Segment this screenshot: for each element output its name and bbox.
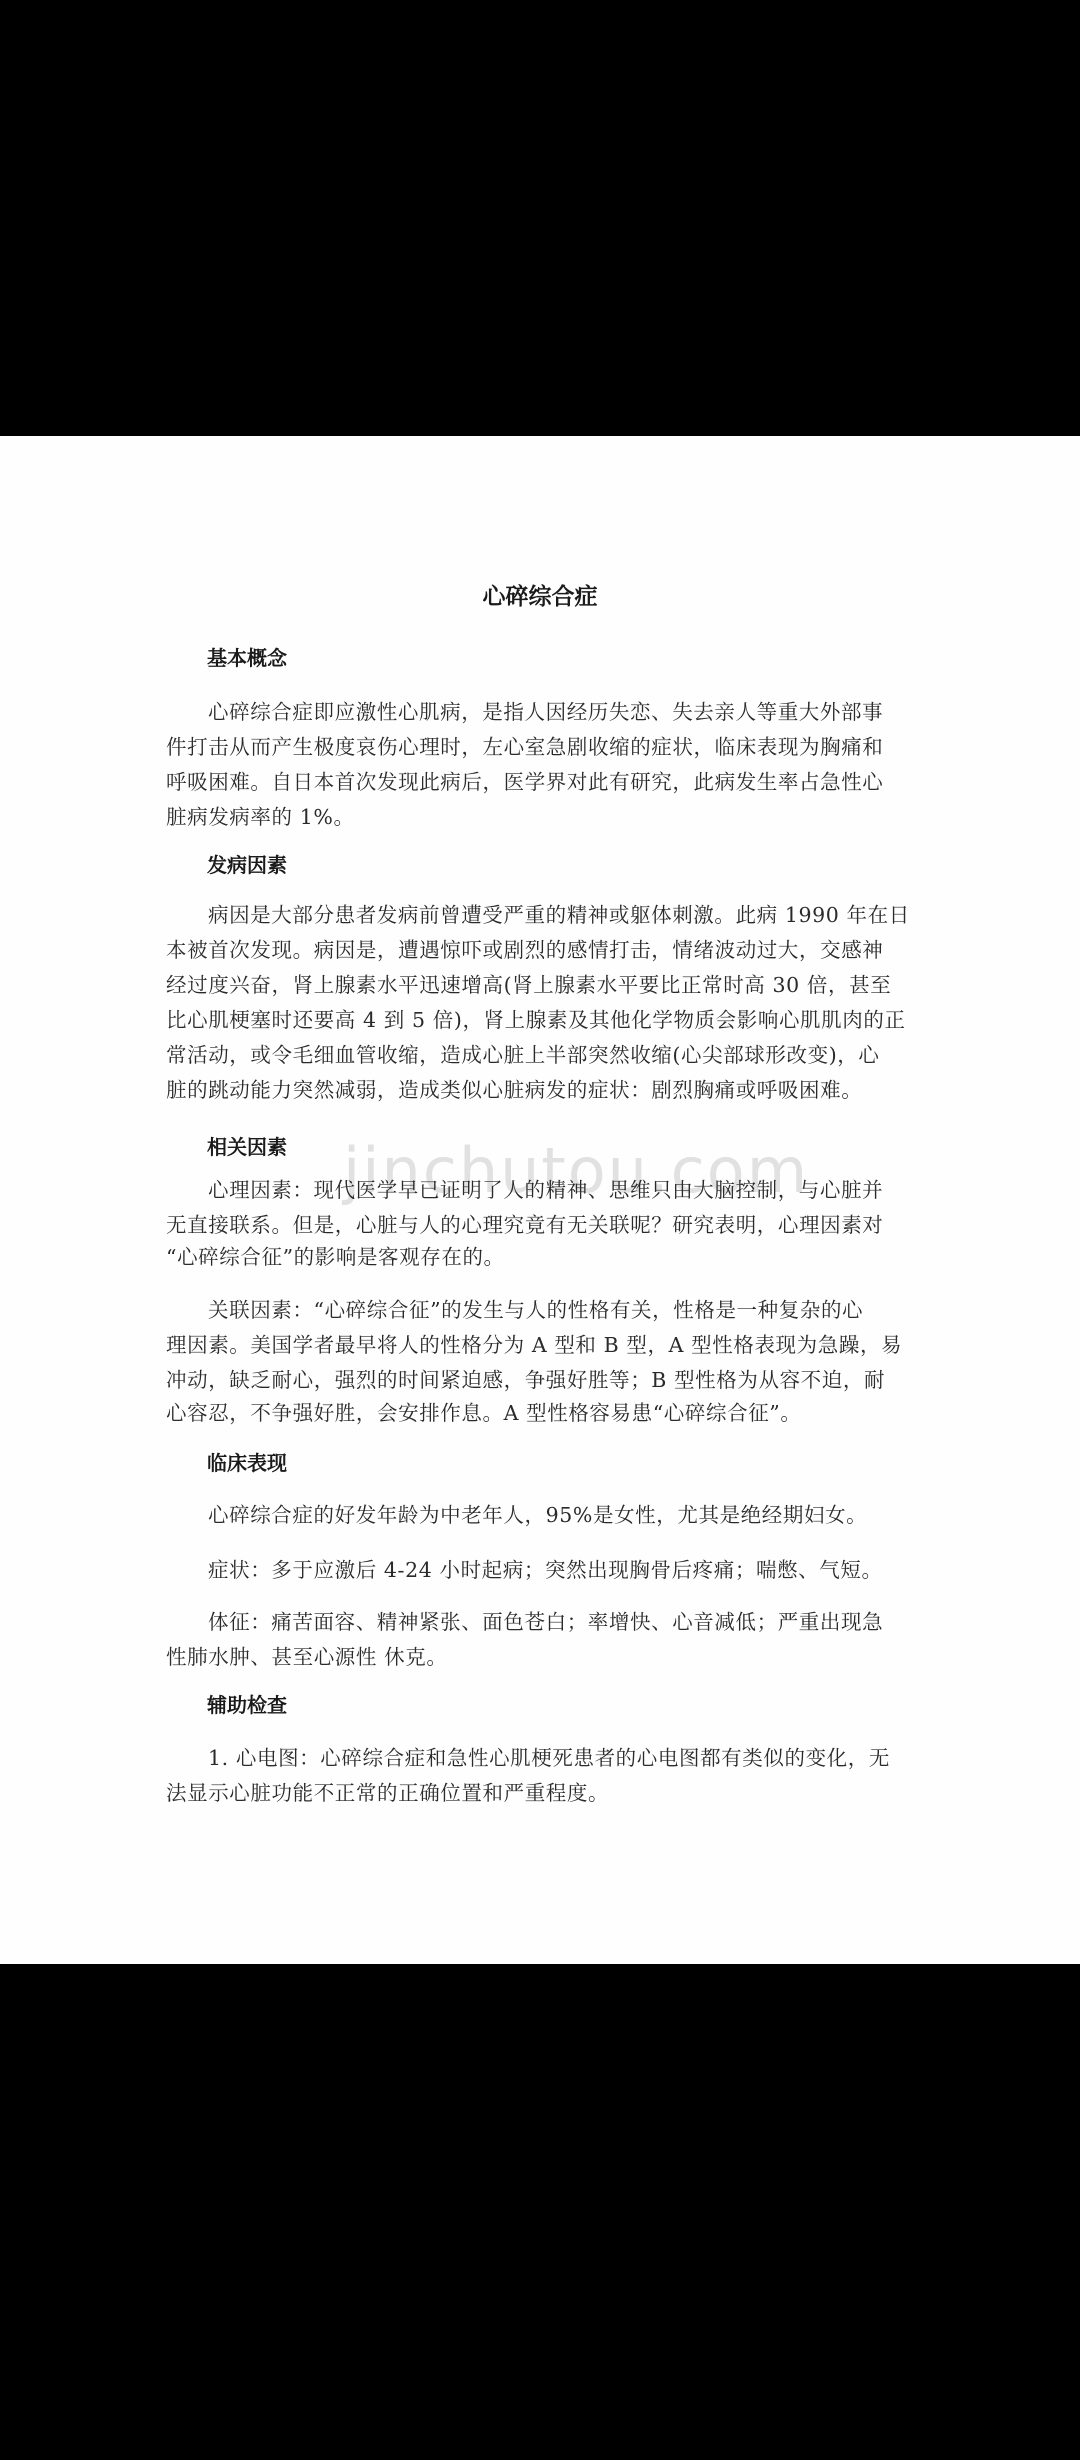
paragraph-line: 心容忍，不争强好胜，会安排作息。A 型性格容易患“心碎综合征”。 [166,1398,801,1428]
paragraph-line: 关联因素：“心碎综合征”的发生与人的性格有关，性格是一种复杂的心 [208,1295,863,1325]
paragraph-line: 法显示心脏功能不正常的正确位置和严重程度。 [166,1778,609,1808]
document-title: 心碎综合症 [0,581,1080,613]
paragraph-line: 脏的跳动能力突然减弱，造成类似心脏病发的症状：剧烈胸痛或呼吸困难。 [166,1075,862,1105]
paragraph-line: 心碎综合症即应激性心肌病，是指人因经历失恋、失去亲人等重大外部事 [208,697,883,727]
paragraph-line: 常活动，或令毛细血管收缩，造成心脏上半部突然收缩(心尖部球形改变)，心 [166,1040,880,1070]
paragraph-line: 病因是大部分患者发病前曾遭受严重的精神或躯体刺激。此病 1990 年在日 [208,900,910,930]
paragraph-line: 冲动，缺乏耐心，强烈的时间紧迫感，争强好胜等；B 型性格为从容不迫，耐 [166,1365,885,1395]
paragraph-line: 比心肌梗塞时还要高 4 到 5 倍)，肾上腺素及其他化学物质会影响心肌肌肉的正 [166,1005,906,1035]
section-heading: 辅助检查 [207,1691,287,1719]
paragraph-line: 症状：多于应激后 4-24 小时起病；突然出现胸骨后疼痛；喘憋、气短。 [208,1555,883,1585]
paragraph-line: 性肺水肿、甚至心源性 休克。 [166,1642,447,1672]
paragraph-line: 1. 心电图：心碎综合症和急性心肌梗死患者的心电图都有类似的变化，无 [208,1743,890,1773]
paragraph-line: “心碎综合征”的影响是客观存在的。 [166,1242,505,1272]
section-heading: 相关因素 [207,1133,287,1161]
paragraph-line: 本被首次发现。病因是，遭遇惊吓或剧烈的感情打击，情绪波动过大，交感神 [166,935,883,965]
paragraph-line: 无直接联系。但是，心脏与人的心理究竟有无关联呢？研究表明，心理因素对 [166,1210,883,1240]
section-heading: 临床表现 [207,1449,287,1477]
paragraph-line: 脏病发病率的 1%。 [166,802,355,832]
section-heading: 发病因素 [207,851,287,879]
paragraph-line: 心理因素：现代医学早已证明了人的精神、思维只由大脑控制，与心脏并 [208,1175,883,1205]
paragraph-line: 体征：痛苦面容、精神紧张、面色苍白；率增快、心音减低；严重出现急 [208,1607,883,1637]
section-heading: 基本概念 [207,644,287,672]
document-page: jinchutou.com 心碎综合症 基本概念 心碎综合症即应激性心肌病，是指… [0,436,1080,1964]
paragraph-line: 呼吸困难。自日本首次发现此病后，医学界对此有研究，此病发生率占急性心 [166,767,883,797]
paragraph-line: 心碎综合症的好发年龄为中老年人，95%是女性，尤其是绝经期妇女。 [208,1500,867,1530]
paragraph-line: 件打击从而产生极度哀伤心理时，左心室急剧收缩的症状，临床表现为胸痛和 [166,732,883,762]
paragraph-line: 经过度兴奋，肾上腺素水平迅速增高(肾上腺素水平要比正常时高 30 倍，甚至 [166,970,891,1000]
paragraph-line: 理因素。美国学者最早将人的性格分为 A 型和 B 型，A 型性格表现为急躁，易 [166,1330,902,1360]
